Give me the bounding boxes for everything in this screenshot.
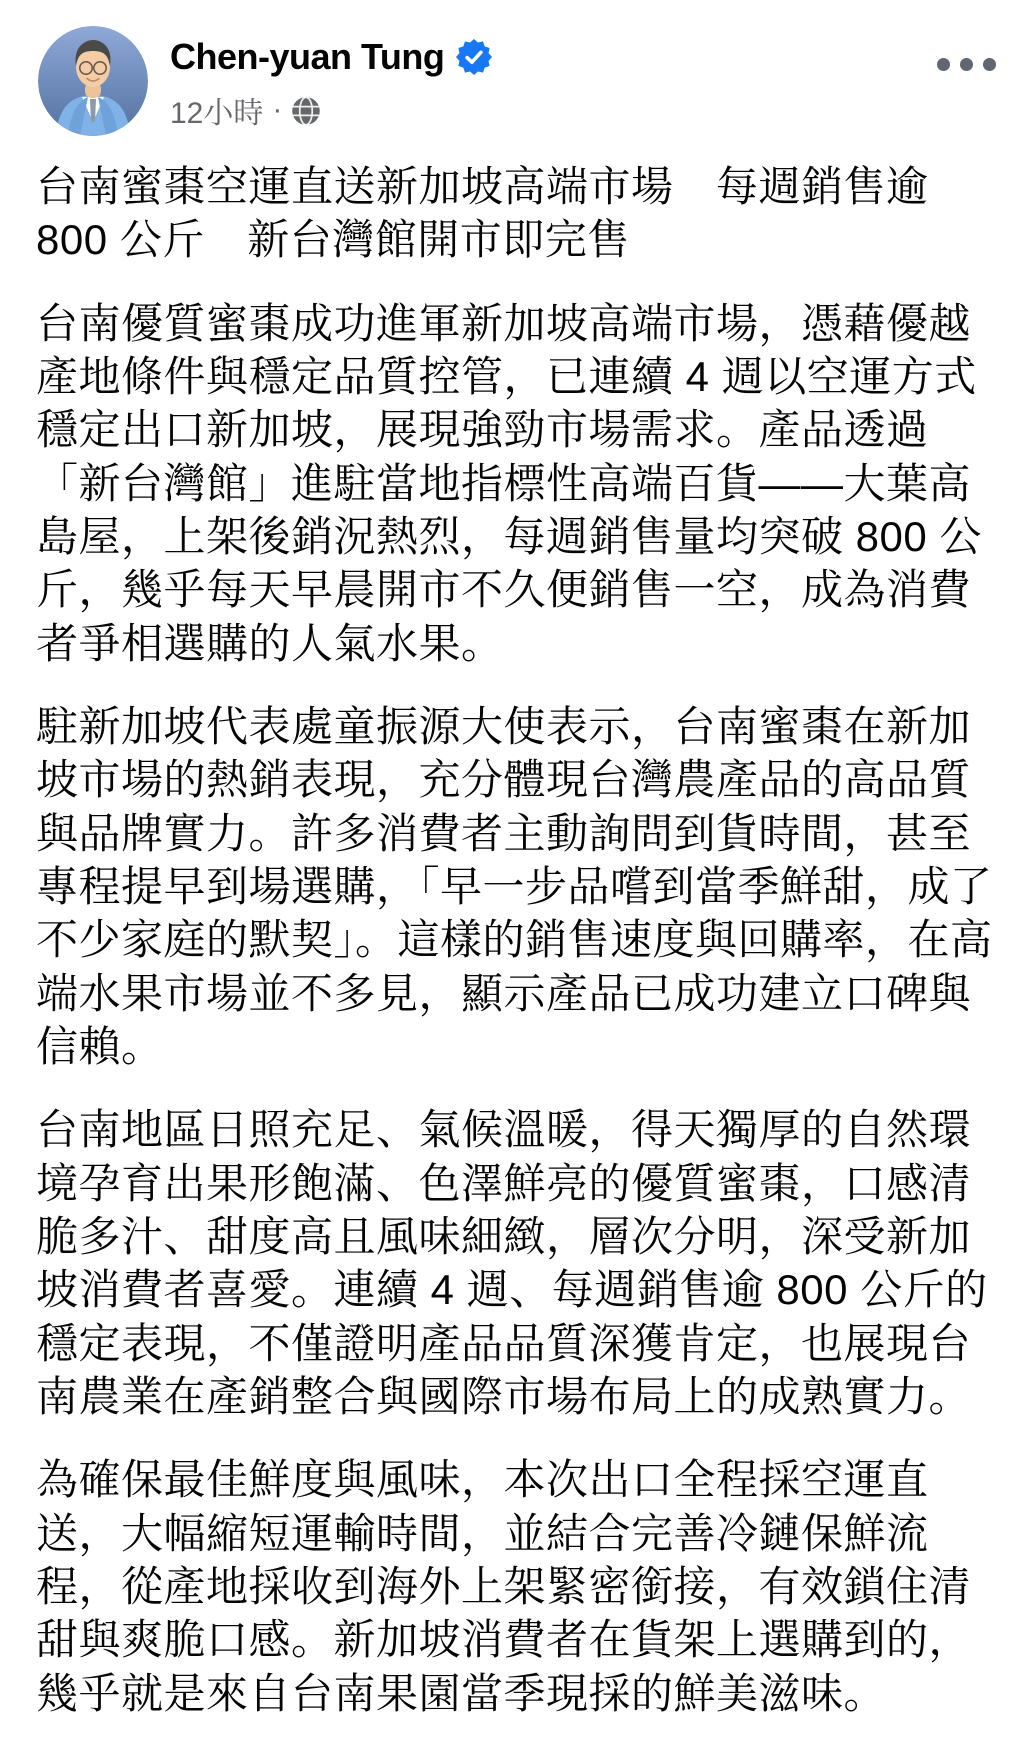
- post-title-paragraph: 台南蜜棗空運直送新加坡高端市場 每週銷售逾 800 公斤 新台灣館開市即完售: [36, 160, 1002, 267]
- avatar-photo: [38, 26, 148, 136]
- post-content: 台南蜜棗空運直送新加坡高端市場 每週銷售逾 800 公斤 新台灣館開市即完售 台…: [0, 136, 1036, 1760]
- more-options-dot: [983, 58, 996, 71]
- header-text: Chen-yuan Tung 12小時 ·: [170, 26, 933, 132]
- avatar[interactable]: [38, 26, 148, 136]
- more-options-dot: [960, 58, 973, 71]
- post-header: Chen-yuan Tung 12小時 ·: [0, 0, 1036, 136]
- post-paragraph: 台南地區日照充足、氣候溫暖，得天獨厚的自然環境孕育出果形飽滿、色澤鮮亮的優質蜜棗…: [36, 1103, 1002, 1423]
- author-name[interactable]: Chen-yuan Tung: [170, 36, 444, 78]
- post-meta: 12小時 ·: [170, 88, 933, 132]
- facebook-post: Chen-yuan Tung 12小時 ·: [0, 0, 1036, 1760]
- meta-separator: ·: [272, 93, 282, 127]
- more-options-button[interactable]: [933, 40, 1000, 89]
- timestamp[interactable]: 12小時: [170, 88, 263, 132]
- post-paragraph: 駐新加坡代表處童振源大使表示，台南蜜棗在新加坡市場的熱銷表現，充分體現台灣農產品…: [36, 700, 1002, 1073]
- more-options-dot: [937, 58, 950, 71]
- post-paragraph: 台南優質蜜棗成功進軍新加坡高端市場，憑藉優越產地條件與穩定品質控管，已連續 4 …: [36, 297, 1002, 670]
- verified-badge-icon: [456, 39, 492, 75]
- post-paragraph: 為確保最佳鮮度與風味，本次出口全程採空運直送，大幅縮短運輸時間，並結合完善冷鏈保…: [36, 1453, 1002, 1720]
- globe-icon: [291, 96, 321, 126]
